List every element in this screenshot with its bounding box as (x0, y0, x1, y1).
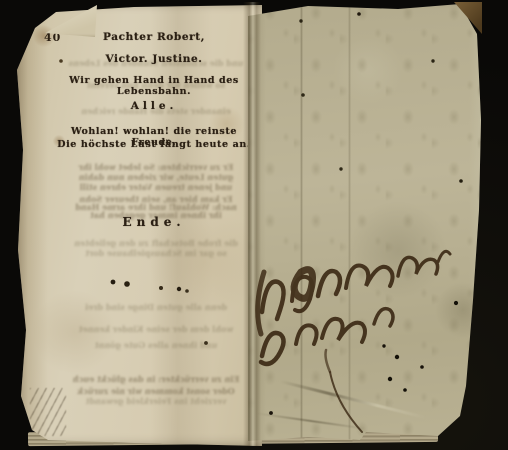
worm-holes (0, 0, 2, 2)
corner-crease-lines (30, 388, 66, 436)
ghost-line: Ein zu verrückter: in das glückt euch (50, 374, 262, 384)
ghost-line: Er kam hier an, sein theurer Sohn (50, 194, 262, 204)
ghost-line: Er zu verrichten: So lebet wohl ihr (50, 162, 262, 172)
all-line: Alle. (48, 100, 260, 112)
printed-page: und die schönsten Stunden des Lebens so … (14, 2, 262, 448)
ghost-line: und ihnen alles Gute gönnt (50, 340, 262, 350)
book-scan: und die schönsten Stunden des Lebens so … (0, 0, 508, 450)
ghost-line: wohl dem der seine Kinder kennet (50, 324, 262, 334)
ghost-line: die frohe Botschaft zu den geliebten (50, 238, 262, 248)
ghost-line: verzieht ins Feierkleid gewandt (50, 396, 262, 406)
ghost-line: guten Leute, wir ziehen nun dahin (50, 172, 262, 182)
ghost-line: nach: Wohlauf! und ihre arme Hand (50, 202, 262, 212)
ghost-line: denn alle guten Dinge sind drei (50, 302, 262, 312)
dialogue-line: Wir gehen Hand in Hand des Lebensbahn. (48, 75, 260, 97)
verse-line-2: Die höchste Lust fängt heute an. (48, 139, 260, 150)
cover-crease-vertical (300, 0, 303, 450)
gutter-fold (243, 2, 261, 446)
ghost-line: und jenen treuen Vater ehren still (50, 182, 262, 192)
ghost-line: so gar im Schauspielhause dort (50, 248, 262, 258)
speaker-line: Victor. Justine. (48, 53, 260, 65)
end-label: Ende. (48, 215, 260, 229)
ghost-line: Oder sonst kommen wir nie zurück (50, 386, 262, 396)
cover-crease-vertical (348, 0, 351, 450)
